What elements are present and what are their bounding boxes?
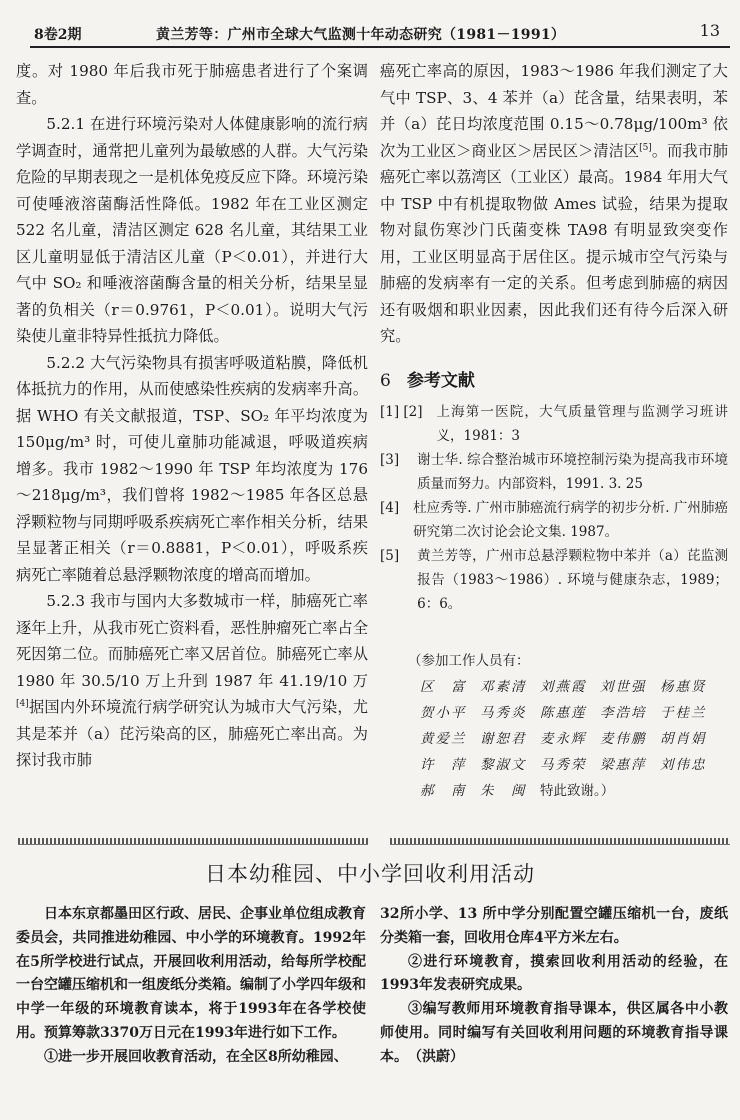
reference-tag: [1] [2] (380, 400, 423, 448)
staff-name: 李浩培 (600, 700, 660, 726)
news-paragraph: ①进一步开展回收教育活动，在全区8所幼稚园、 (16, 1046, 366, 1070)
staff-name: 许 萍 (420, 752, 480, 778)
reference-item: [1] [2] 上海第一医院，大气质量管理与监测学习班讲义，1981：3 (380, 400, 728, 448)
thanks-text: 特此致谢。） (540, 778, 614, 804)
reference-text: 上海第一医院，大气质量管理与监测学习班讲义，1981：3 (423, 400, 728, 448)
staff-name: 麦伟鹏 (600, 726, 660, 752)
staff-name: 陈惠莲 (540, 700, 600, 726)
staff-intro: （参加工作人员有： (408, 648, 728, 674)
reference-item: [4] 杜应秀等. 广州市肺癌流行病学的初步分析. 广州肺癌研究第二次讨论会论文… (380, 496, 728, 544)
paragraph-5-2-3-cont: 据国内外环境流行病学研究认为城市大气污染，尤其是苯并（a）芘污染高的区，肺癌死亡… (16, 698, 368, 769)
wavy-divider (390, 838, 730, 845)
wavy-divider (18, 838, 368, 845)
reference-tag: [4] (380, 496, 399, 544)
staff-row: 贺小平 马秀炎 陈惠莲 李浩培 于桂兰 (420, 700, 728, 726)
news-paragraph: ③编写教师用环境教育指导课本，供区属各中小教师使用。同时编写有关回收利用问题的环… (380, 998, 728, 1069)
paragraph-5-2-2: 5.2.2 大气污染物具有损害呼吸道粘膜，降低机体抵抗力的作用，从而使感染性疾病… (16, 350, 368, 589)
staff-name: 马秀炎 (480, 700, 540, 726)
staff-name: 邓素清 (480, 674, 540, 700)
staff-name: 胡肖娟 (660, 726, 720, 752)
staff-name: 麦永辉 (540, 726, 600, 752)
news-paragraph: ②进行环境教育，摸索回收利用活动的经验，在1993年发表研究成果。 (380, 951, 728, 999)
staff-name: 谢恕君 (480, 726, 540, 752)
section-number: 6 (380, 371, 391, 391)
staff-name: 贺小平 (420, 700, 480, 726)
staff-name: 刘世强 (600, 674, 660, 700)
news-paragraph: 日本东京都墨田区行政、居民、企事业单位组成教育委员会，共同推进幼稚园、中小学的环… (16, 903, 366, 1046)
right-column: 癌死亡率高的原因，1983～1986 年我们测定了大气中 TSP、3、4 苯并（… (380, 58, 728, 804)
staff-name: 杨惠贤 (660, 674, 720, 700)
news-right-column: 32所小学、13 所中学分别配置空罐压缩机一台，废纸分类箱一套，回收用仓库4平方… (380, 903, 728, 1070)
citation-4[interactable]: [4] (16, 699, 29, 709)
reference-tag: [5] (380, 544, 399, 616)
reference-item: [5] 黄兰芳等，广州市总悬浮颗粒物中苯并（a）芘监测报告（1983～1986）… (380, 544, 728, 616)
news-left-column: 日本东京都墨田区行政、居民、企事业单位组成教育委员会，共同推进幼稚园、中小学的环… (16, 903, 366, 1070)
paragraph-intro: 度。对 1980 年后我市死于肺癌患者进行了个案调查。 (16, 58, 368, 111)
staff-name: 刘燕霞 (540, 674, 600, 700)
staff-name: 黄爱兰 (420, 726, 480, 752)
left-column: 度。对 1980 年后我市死于肺癌患者进行了个案调查。 5.2.1 在进行环境污… (16, 58, 368, 774)
staff-name: 黎淑文 (480, 752, 540, 778)
staff-name: 朱 闽 (480, 778, 540, 804)
page-header: 8卷2期 黄兰芳等：广州市全球大气监测十年动态研究（1981－1991） 13 (30, 16, 730, 48)
citation-5[interactable]: [5] (639, 142, 652, 152)
paragraph-b: 。而我市肺癌死亡率以荔湾区（工业区）最高。1984 年用大气中 TSP 中有机提… (380, 142, 728, 346)
reference-tag: [3] (380, 448, 399, 496)
paragraph-5-2-1: 5.2.1 在进行环境污染对人体健康影响的流行病学调查时，通常把儿童列为最敏感的… (16, 111, 368, 350)
section-heading-references: 6参考文献 (380, 368, 728, 395)
staff-row: 郝 南 朱 闽 特此致谢。） (420, 778, 728, 804)
reference-list: [1] [2] 上海第一医院，大气质量管理与监测学习班讲义，1981：3 [3]… (380, 400, 728, 616)
paragraph-5-2-3: 5.2.3 我市与国内大多数城市一样，肺癌死亡率逐年上升，从我市死亡资料看，恶性… (16, 588, 368, 774)
section-title: 参考文献 (407, 371, 475, 391)
reference-text: 杜应秀等. 广州市肺癌流行病学的初步分析. 广州肺癌研究第二次讨论会论文集. 1… (399, 496, 728, 544)
staff-row: 许 萍 黎淑文 马秀荣 梁惠萍 刘伟忠 (420, 752, 728, 778)
paragraph-5-2-3-text: 5.2.3 我市与国内大多数城市一样，肺癌死亡率逐年上升，从我市死亡资料看，恶性… (16, 592, 368, 690)
issue-label: 8卷2期 (34, 24, 81, 44)
paragraph-continued: 癌死亡率高的原因，1983～1986 年我们测定了大气中 TSP、3、4 苯并（… (380, 58, 728, 350)
staff-name: 郝 南 (420, 778, 480, 804)
staff-name: 马秀荣 (540, 752, 600, 778)
page-number: 13 (700, 21, 720, 40)
staff-name: 梁惠萍 (600, 752, 660, 778)
reference-text: 黄兰芳等，广州市总悬浮颗粒物中苯并（a）芘监测报告（1983～1986）. 环境… (399, 544, 728, 616)
running-title: 黄兰芳等：广州市全球大气监测十年动态研究（1981－1991） (156, 24, 565, 44)
staff-row: 黄爱兰 谢恕君 麦永辉 麦伟鹏 胡肖娟 (420, 726, 728, 752)
staff-name: 区 富 (420, 674, 480, 700)
article-title: 日本幼稚园、中小学回收利用活动 (0, 858, 740, 888)
staff-name: 于桂兰 (660, 700, 720, 726)
staff-names: 区 富 邓素清 刘燕霞 刘世强 杨惠贤 贺小平 马秀炎 陈惠莲 李浩培 于桂兰 … (408, 674, 728, 804)
reference-text: 谢士华. 综合整治城市环境控制污染为提高我市环境质量而努力。内部资料，1991.… (399, 448, 728, 496)
staff-row: 区 富 邓素清 刘燕霞 刘世强 杨惠贤 (420, 674, 728, 700)
acknowledgement: （参加工作人员有： 区 富 邓素清 刘燕霞 刘世强 杨惠贤 贺小平 马秀炎 陈惠… (380, 648, 728, 804)
staff-name: 刘伟忠 (660, 752, 720, 778)
reference-item: [3] 谢士华. 综合整治城市环境控制污染为提高我市环境质量而努力。内部资料，1… (380, 448, 728, 496)
news-paragraph: 32所小学、13 所中学分别配置空罐压缩机一台，废纸分类箱一套，回收用仓库4平方… (380, 903, 728, 951)
